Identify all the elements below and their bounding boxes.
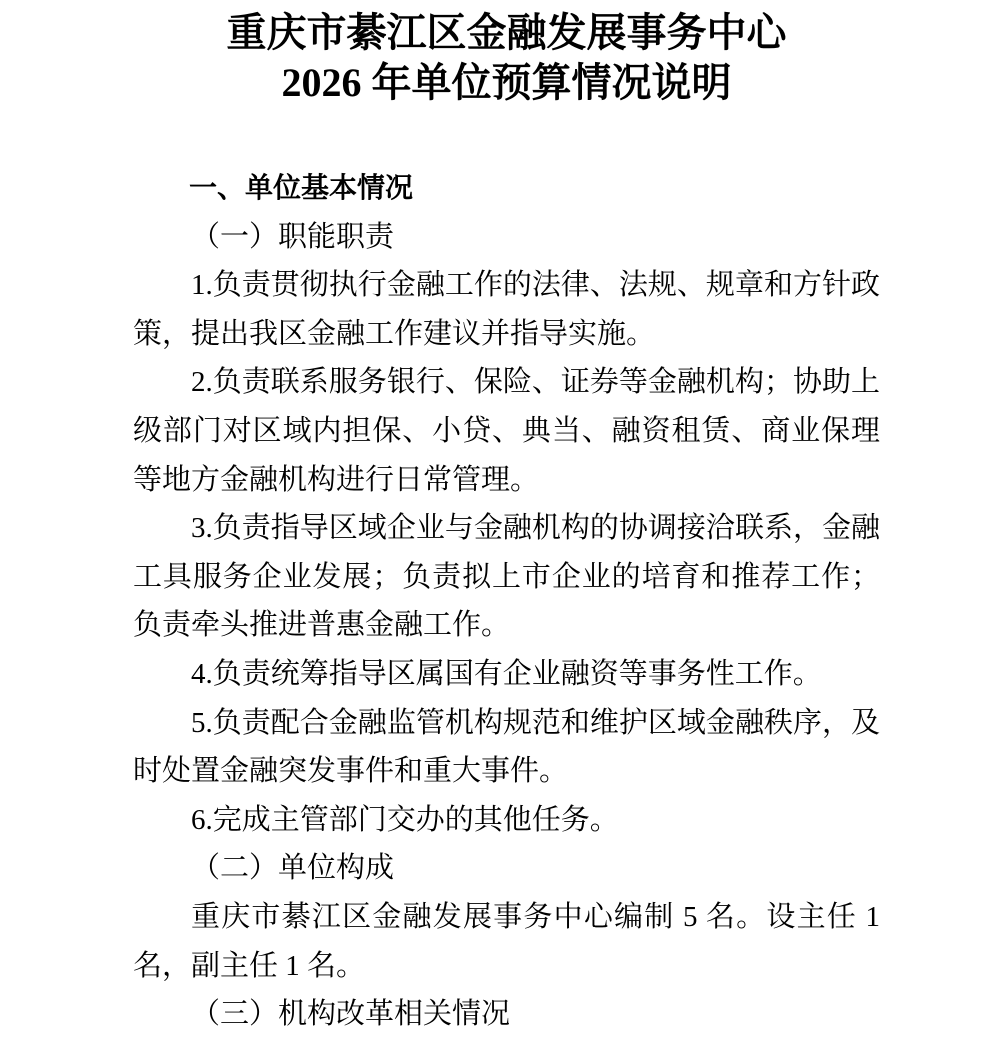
duty-paragraph-5: 5.负责配合金融监管机构规范和维护区域金融秩序，及时处置金融突发事件和重大事件。 (133, 699, 880, 796)
document-title: 重庆市綦江区金融发展事务中心 2026 年单位预算情况说明 (133, 8, 880, 108)
subsection-heading-duties: （一）职能职责 (133, 213, 880, 262)
document-title-line1: 重庆市綦江区金融发展事务中心 (133, 8, 880, 58)
section-heading-basic-info: 一、单位基本情况 (133, 164, 880, 213)
document-title-line2: 2026 年单位预算情况说明 (133, 58, 880, 108)
duty-paragraph-3: 3.负责指导区域企业与金融机构的协调接洽联系，金融工具服务企业发展；负责拟上市企… (133, 504, 880, 650)
duty-paragraph-6: 6.完成主管部门交办的其他任务。 (133, 796, 880, 845)
composition-paragraph: 重庆市綦江区金融发展事务中心编制 5 名。设主任 1 名，副主任 1 名。 (133, 893, 880, 990)
subsection-heading-composition: （二）单位构成 (133, 844, 880, 893)
subsection-heading-reform: （三）机构改革相关情况 (133, 990, 880, 1039)
duty-paragraph-4: 4.负责统筹指导区属国有企业融资等事务性工作。 (133, 650, 880, 699)
document-page: 重庆市綦江区金融发展事务中心 2026 年单位预算情况说明 一、单位基本情况 （… (0, 0, 1000, 1063)
duty-paragraph-2: 2.负责联系服务银行、保险、证券等金融机构；协助上级部门对区域内担保、小贷、典当… (133, 358, 880, 504)
document-body: 一、单位基本情况 （一）职能职责 1.负责贯彻执行金融工作的法律、法规、规章和方… (133, 164, 880, 1039)
document-content: 重庆市綦江区金融发展事务中心 2026 年单位预算情况说明 一、单位基本情况 （… (0, 0, 1000, 1039)
duty-paragraph-1: 1.负责贯彻执行金融工作的法律、法规、规章和方针政策，提出我区金融工作建议并指导… (133, 261, 880, 358)
